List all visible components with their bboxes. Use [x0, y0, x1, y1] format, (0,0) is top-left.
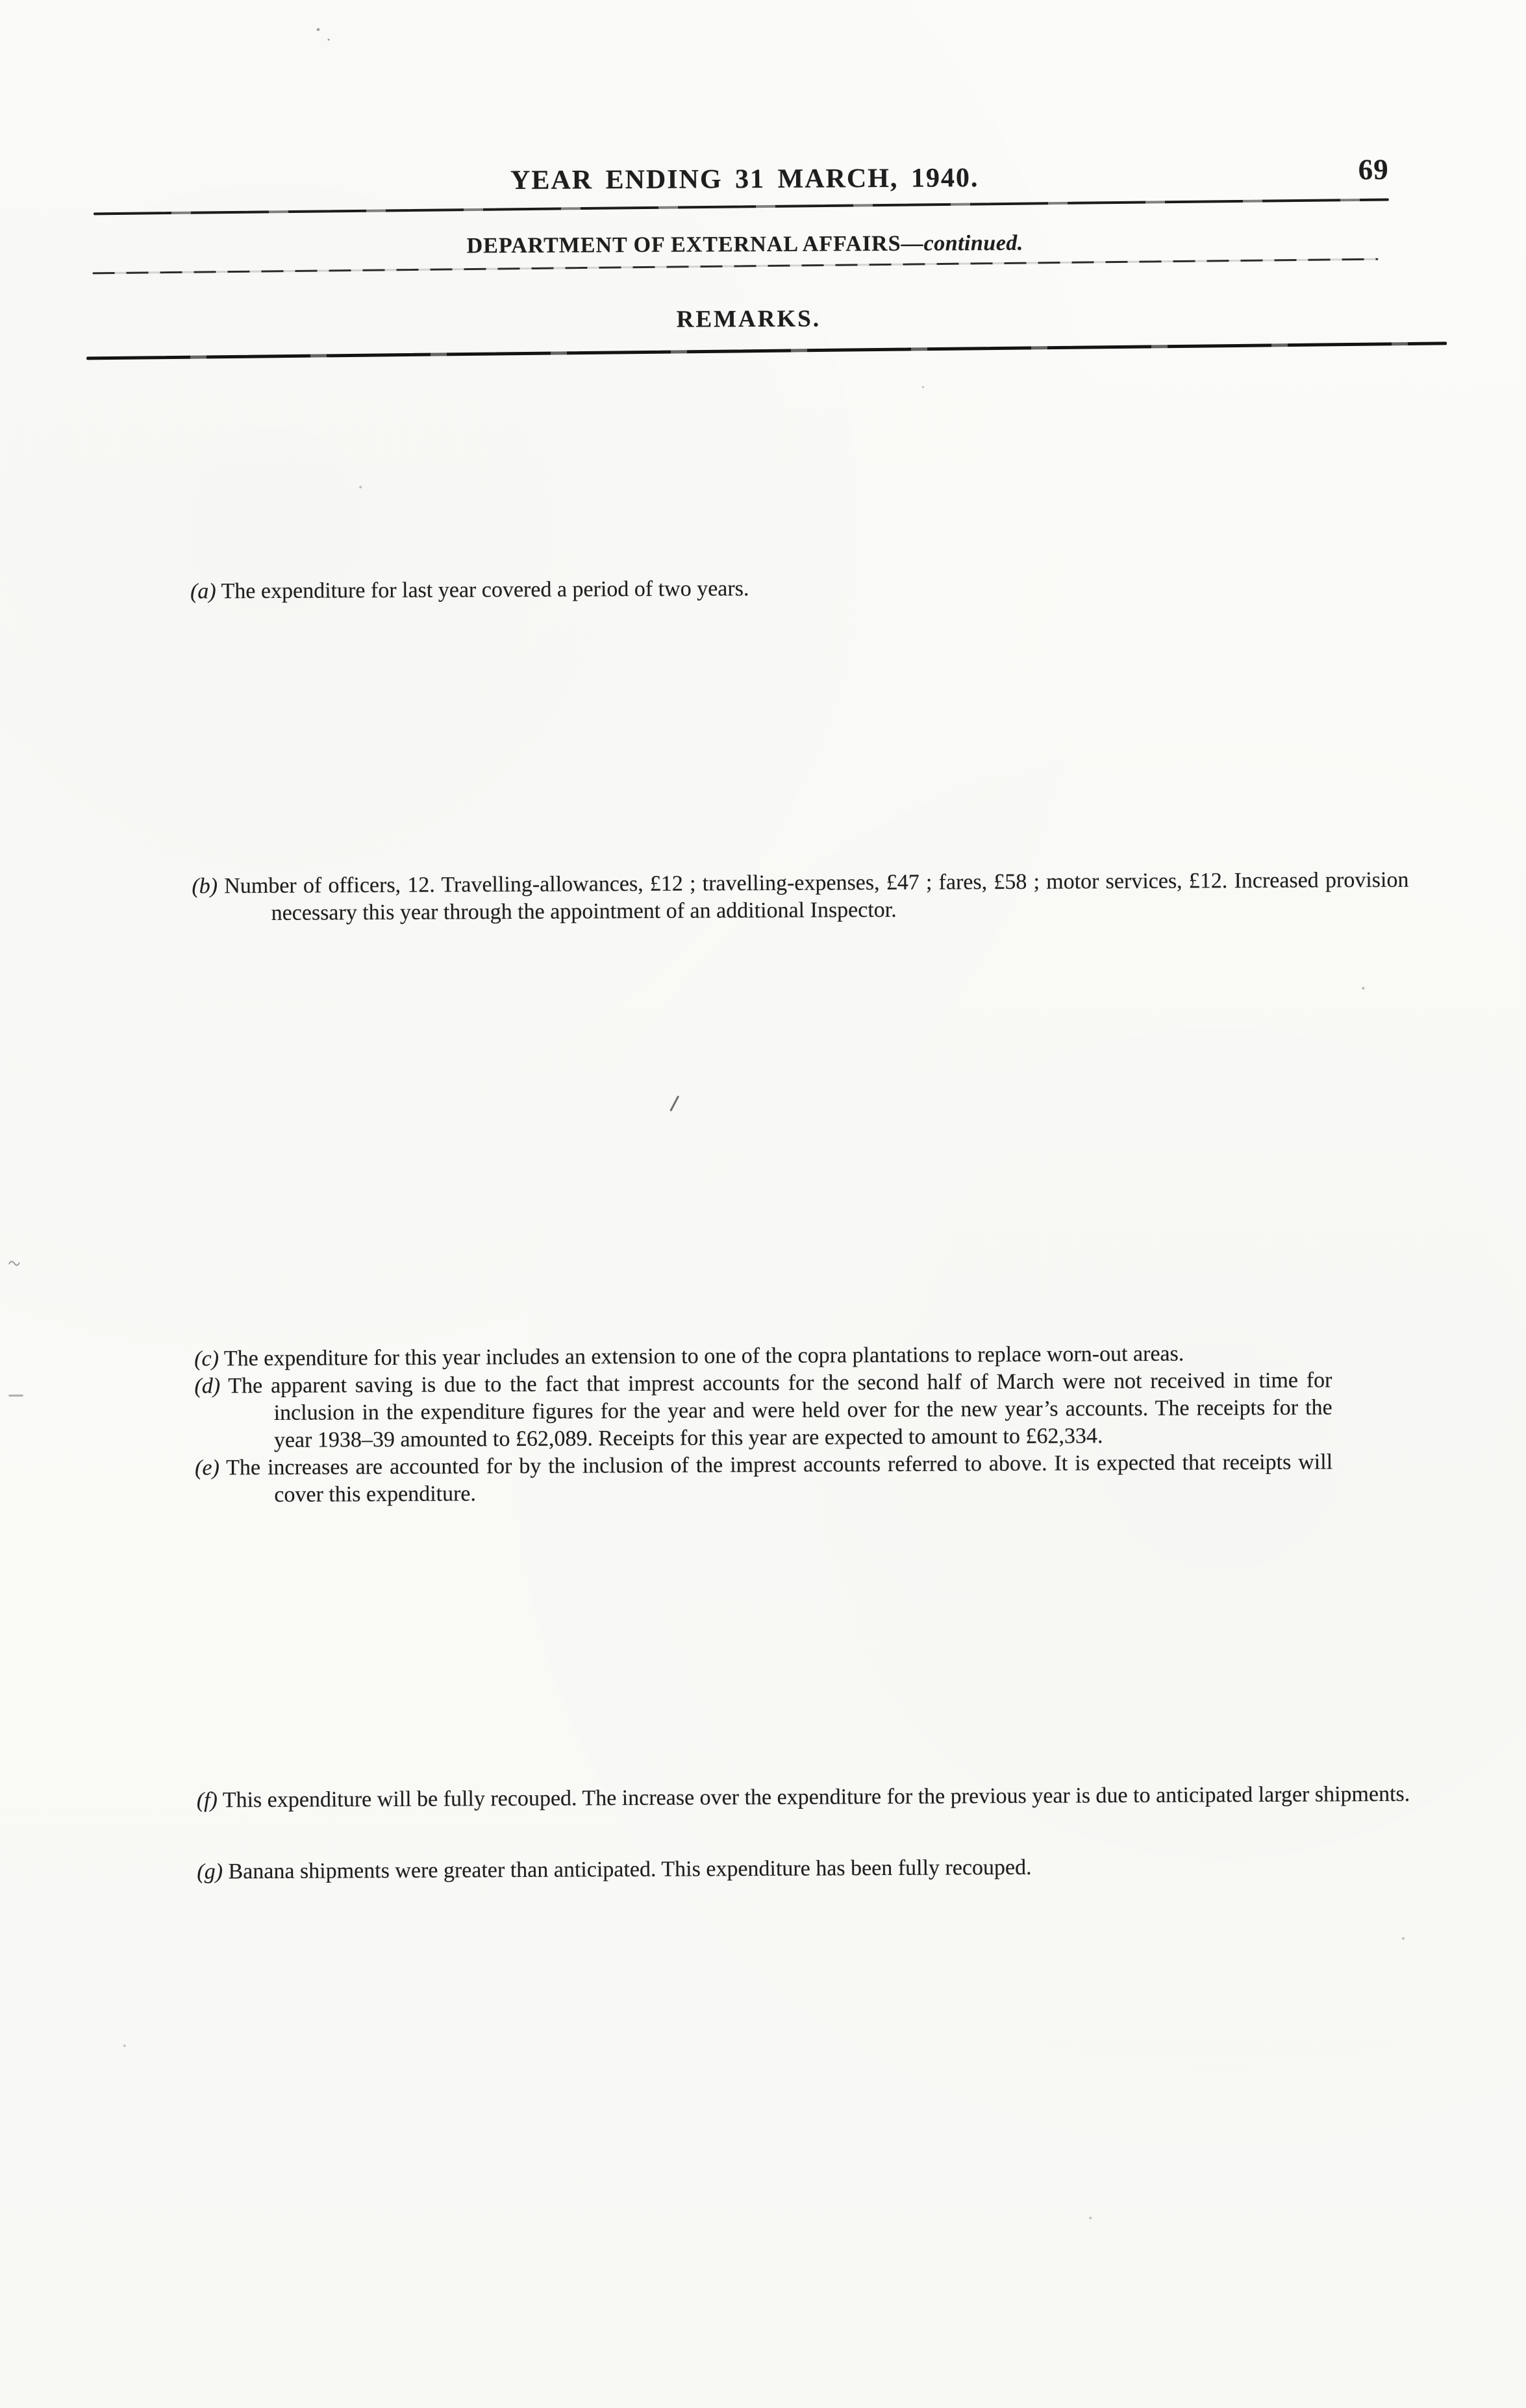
- scan-mark-dash: [9, 1395, 23, 1396]
- remark-g-text: Banana shipments were greater than antic…: [228, 1856, 1031, 1883]
- remark-a-label: (a): [190, 579, 216, 603]
- department-heading: DEPARTMENT OF EXTERNAL AFFAIRS—continued…: [0, 229, 1495, 261]
- scanned-document-page: YEAR ENDING 31 MARCH, 1940. 69 DEPARTMEN…: [0, 0, 1526, 2408]
- remark-group-cde: (c) The expenditure for this year includ…: [194, 1339, 1332, 1509]
- scan-mark-tilde: ~: [6, 1251, 23, 1278]
- horizontal-rule-top: [94, 198, 1389, 215]
- remark-d-text: The apparent saving is due to the fact t…: [228, 1368, 1332, 1452]
- horizontal-rule-bottom: [86, 341, 1447, 360]
- remark-d-label: (d): [194, 1374, 220, 1398]
- remark-f-text: This expenditure will be fully recouped.…: [223, 1782, 1410, 1813]
- department-heading-dash: —: [901, 232, 923, 256]
- page-number: 69: [1358, 153, 1389, 186]
- remark-b: (b) Number of officers, 12. Travelling-a…: [192, 867, 1408, 928]
- scan-speck: [1402, 1937, 1405, 1940]
- remark-f-label: (f): [197, 1788, 218, 1812]
- remarks-section-heading: REMARKS.: [0, 301, 1502, 337]
- remark-b-text: Number of officers, 12. Travelling-allow…: [224, 868, 1408, 925]
- remark-c-label: (c): [194, 1347, 219, 1371]
- scan-speck: [123, 2044, 126, 2047]
- department-heading-main: DEPARTMENT OF EXTERNAL AFFAIRS: [467, 232, 901, 258]
- remark-b-label: (b): [192, 874, 218, 898]
- scan-speck: [359, 486, 362, 488]
- scan-speck: [317, 29, 320, 31]
- scan-mark-slash: [669, 1096, 679, 1111]
- remark-f: (f) This expenditure will be fully recou…: [197, 1781, 1414, 1815]
- remark-d: (d) The apparent saving is due to the fa…: [194, 1367, 1332, 1454]
- remark-g: (g) Banana shipments were greater than a…: [197, 1852, 1414, 1886]
- remark-a-text: The expenditure for last year covered a …: [221, 577, 749, 603]
- department-heading-continued: continued.: [923, 231, 1023, 256]
- remark-e: (e) The increases are accounted for by t…: [195, 1448, 1332, 1509]
- remark-a: (a) The expenditure for last year covere…: [190, 572, 1407, 606]
- scan-speck: [1362, 987, 1364, 989]
- remark-c-text: The expenditure for this year includes a…: [224, 1342, 1184, 1371]
- scan-speck: [328, 38, 330, 40]
- horizontal-rule-middle: [92, 258, 1378, 275]
- scan-speck: [1089, 2216, 1092, 2219]
- remark-e-text: The increases are accounted for by the i…: [226, 1450, 1332, 1507]
- page-title: YEAR ENDING 31 MARCH, 1940.: [0, 160, 1495, 199]
- remark-e-label: (e): [195, 1456, 219, 1480]
- scan-speck: [921, 386, 924, 388]
- remark-g-label: (g): [197, 1859, 223, 1883]
